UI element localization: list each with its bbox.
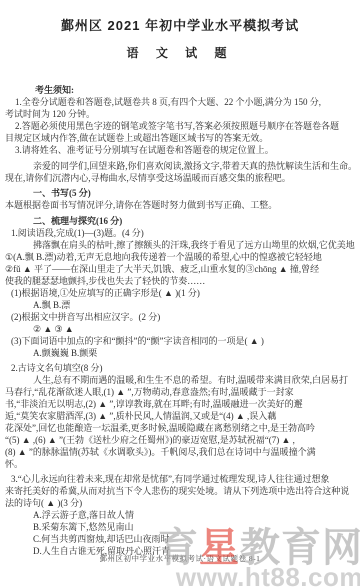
exam-content: 鄞州区 2021 年初中学业水平模拟考试 语 文 试 题 考生须知: 1.全卷分… bbox=[5, 0, 355, 557]
intro-line-1: 亲爱的同学们,回望来路,你们喜欢阅读,激扬文字,带着天真的热忱解读生活和生命。 bbox=[5, 160, 355, 172]
q3-option-b: B.采菊东篱下,悠然见南山 bbox=[5, 521, 355, 533]
q1-passage-line: 使我的腿瑟瑟地颤抖,步伐也失去了轻快的节奏…… bbox=[5, 275, 355, 287]
section-combing-heading: 二、梳理与探究(16 分) bbox=[5, 215, 355, 227]
section-writing-body: 本题根据卷面书写情况评分,请你在答题时努力做到书写正确、工整。 bbox=[5, 199, 355, 211]
q2-line: (8) ▲ ”的脉脉温情(苏轼《水调歌头》)。千帆阅尽,我们总在诗词中与温暖撞个… bbox=[5, 446, 355, 458]
q1-sub2-blanks: ② ▲ ③ ▲ bbox=[5, 323, 355, 335]
q1-sub2: (2)根据文中拼音写出相应汉字。(2 分) bbox=[5, 311, 355, 323]
exam-paper-page: 鄞州区 2021 年初中学业水平模拟考试 语 文 试 题 考生须知: 1.全卷分… bbox=[0, 0, 360, 588]
notice-heading: 考生须知: bbox=[5, 84, 355, 96]
notice-item-1-cont: 考试时间为 120 分钟。 bbox=[5, 108, 355, 120]
notice-item-2-cont: 目规定区域内作答,做在试题卷上或超出答题区域书写的答案无效。 bbox=[5, 132, 355, 144]
q1-stem: 1.阅读语段,完成(1)—(3)题。(4 分) bbox=[5, 227, 355, 239]
q1-sub1-options: A.飘 B.漂 bbox=[5, 299, 355, 311]
q2-line: “(5) ▲ ,(6) ▲ ”(王勃《送杜少府之任蜀州》)的豪迈宽慰,是苏轼祝福… bbox=[5, 434, 355, 446]
q1-sub3-options: A.颤巍巍 B.颤栗 bbox=[5, 347, 355, 359]
q3-stem-cont: 法的诗句( ▲ )(3 分) bbox=[5, 497, 355, 509]
q3-stem: 3.“心儿永远向往着未来,现在却常是忧郁”,有同学通过梳理发现,诗人往往通过想象 bbox=[5, 473, 355, 485]
q2-line: 怀。 bbox=[5, 458, 355, 470]
q1-sub1: (1)根据语境,①处应填写的正确字形是( ▲ )(1 分) bbox=[5, 287, 355, 299]
q3-option-c: C.何当共剪西窗烛,却话巴山夜雨时 bbox=[5, 533, 355, 545]
q1-sub3: (3)下面词语中加点的字和“颤抖”的“颤”字读音相同的一项是( ▲ ) bbox=[5, 335, 355, 347]
q2-line: 马春行,“乱花渐欲迷人眼,(1) ▲ ”,万物萌动,春意盎然;有时,温暖藏于一封… bbox=[5, 386, 355, 398]
q3-option-a: A.浮云游子意,落日故人情 bbox=[5, 509, 355, 521]
q2-line: 逅,“莫笑农家腊酒浑,(3) ▲ ”,质朴民风,人情温润,又或是“(4) ▲ ,… bbox=[5, 410, 355, 422]
q2-line: 花深处”,回忆也能酿造一坛温柔,更多时候,温暖隐藏在离愁别绪之中,是王勃高吟 bbox=[5, 422, 355, 434]
section-writing-heading: 一、书写(5 分) bbox=[5, 187, 355, 199]
q2-stem: 2.古诗文名句填空(8 分) bbox=[5, 362, 355, 374]
q2-line: 书,“非淡泊无以明志,(2) ▲ ”,谆谆教诲,就在耳畔;有时,温暖融进一次美好… bbox=[5, 398, 355, 410]
watermark-url: www.ht88.com bbox=[158, 564, 360, 588]
exam-title: 鄞州区 2021 年初中学业水平模拟考试 bbox=[5, 15, 355, 34]
notice-item-2: 2.答题必须使用黑色字迹的钢笔或签字笔书写,答案必须按照题号顺序在答题卷各题 bbox=[5, 120, 355, 132]
q1-passage-line: ②fǔ ▲ 平了——在深山里走了大半天,饥饿、疲乏,山重水复的③chōng ▲ … bbox=[5, 263, 355, 275]
intro-line-2: 现在,请你们沉潜内心,寻梅曲水,尽情享受这场温暖而百感交集的旅程吧。 bbox=[5, 172, 355, 184]
q1-passage-line: ①(A.飘 B.漂)动着,无声无息地向我传递着一个温暖的希望,心中的惶惑被它轻轻… bbox=[5, 251, 355, 263]
q1-passage-line: 拂落飘在肩头的枯叶,擦了擦额头的汗珠,我终于看见了远方山坳里的炊烟,它优美地 bbox=[5, 239, 355, 251]
q3-stem-cont: 来寄托美好的希冀,从而对抗当下令人悲伤的现实处境。请从下列选项中选出符合这种说 bbox=[5, 485, 355, 497]
exam-subtitle: 语 文 试 题 bbox=[5, 44, 355, 61]
q2-line: 人生,总有不期而遇的温暖,和生生不息的希望。有时,温暖带来满目欣荣,白居易打 bbox=[5, 374, 355, 386]
page-footer: 鄞州区初中学业水平模拟考试·语文试题卷 8-1 bbox=[0, 553, 360, 564]
notice-item-3: 3.请将姓名、准考证号分别填写在试题卷和答题卷的规定位置上。 bbox=[5, 144, 355, 156]
notice-item-1: 1.全卷分试题卷和答题卷,试题卷共 8 页,有四个大题、22 个小题,满分为 1… bbox=[5, 96, 355, 108]
